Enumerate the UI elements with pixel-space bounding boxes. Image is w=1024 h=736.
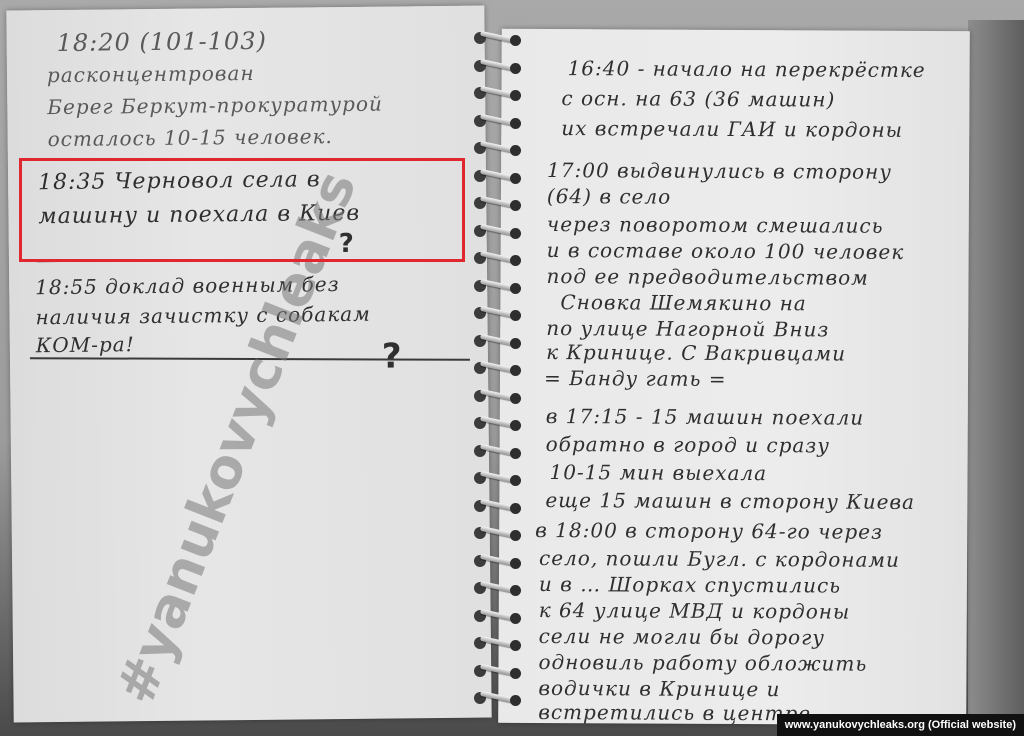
spiral-ring bbox=[470, 635, 530, 651]
spiral-ring bbox=[470, 195, 530, 211]
spiral-ring bbox=[470, 113, 530, 129]
entry-line: в 17:15 - 15 машин поехали bbox=[546, 401, 865, 433]
entry-line: Берег Беркут-прокуратурой bbox=[47, 89, 383, 123]
spiral-ring bbox=[470, 85, 530, 101]
entry-line: обратно в город и сразу bbox=[546, 429, 830, 460]
entry-line: еще 15 машин в сторону Киева bbox=[545, 485, 915, 517]
source-caption: www.yanukovychleaks.org (Official websit… bbox=[777, 714, 1024, 736]
spiral-ring bbox=[470, 278, 530, 294]
entry-line: 10-15 мин выехала bbox=[549, 457, 767, 488]
spiral-binding bbox=[470, 30, 530, 720]
spiral-ring bbox=[470, 58, 530, 74]
entry-line: (64) в село bbox=[547, 181, 671, 212]
spiral-ring bbox=[470, 553, 530, 569]
entry-line: КОМ-ра! bbox=[36, 329, 135, 360]
entry-line: с осн. на 63 (36 машин) bbox=[561, 83, 835, 114]
spiral-ring bbox=[470, 415, 530, 431]
spiral-ring bbox=[470, 168, 530, 184]
spiral-ring bbox=[470, 525, 530, 541]
entry-line: = Банду гать = bbox=[544, 363, 727, 394]
spiral-ring bbox=[470, 250, 530, 266]
right-page: 16:40 - начало на перекрёстке с осн. на … bbox=[498, 29, 970, 725]
spiral-ring bbox=[470, 333, 530, 349]
entry-line: их встречали ГАИ и кордоны bbox=[561, 113, 903, 145]
spiral-ring bbox=[470, 30, 530, 46]
spiral-ring bbox=[470, 608, 530, 624]
spiral-ring bbox=[470, 498, 530, 514]
spiral-ring bbox=[470, 663, 530, 679]
spiral-ring bbox=[470, 470, 530, 486]
spiral-ring bbox=[470, 580, 530, 596]
entry-line: в 18:00 в сторону 64-го через bbox=[535, 515, 883, 547]
spiral-ring bbox=[470, 360, 530, 376]
left-page: 18:20 (101-103) расконцентрован Берег Бе… bbox=[6, 6, 491, 723]
entry-line: расконцентрован bbox=[47, 58, 255, 90]
spiral-ring bbox=[470, 388, 530, 404]
highlight-box bbox=[19, 158, 465, 262]
notebook-cover-edge bbox=[968, 20, 1024, 720]
spiral-ring bbox=[470, 690, 530, 706]
spiral-ring bbox=[470, 305, 530, 321]
spiral-ring bbox=[470, 140, 530, 156]
spiral-ring bbox=[470, 223, 530, 239]
entry-line: осталось 10-15 человек. bbox=[47, 121, 333, 154]
question-mark: ? bbox=[382, 336, 402, 376]
spiral-ring bbox=[470, 443, 530, 459]
entry-line: 18:20 (101-103) bbox=[56, 26, 267, 58]
entry-line: 16:40 - начало на перекрёстке bbox=[568, 53, 926, 85]
